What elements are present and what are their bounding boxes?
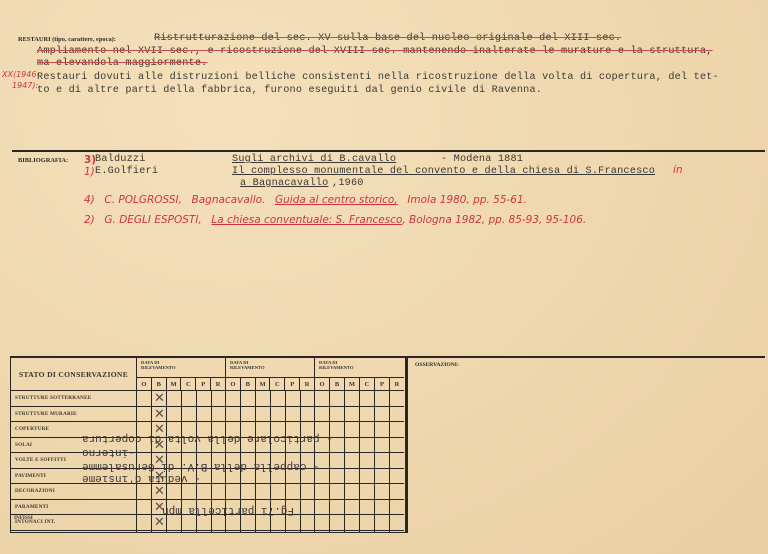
survey-group-3-label: DATA DIRILEVAMENTO	[319, 360, 354, 370]
bib-num-2: 1)	[84, 166, 95, 178]
row-label: DECORAZIONI	[15, 484, 55, 498]
row-label: STRUTTURE MURARIE	[15, 407, 77, 421]
table-row-infissi: INFISSI	[14, 515, 33, 521]
bib-hand-title-2: La chiesa conventuale: S. Francesco	[211, 214, 402, 226]
bleedthrough-text-2: -interno	[82, 446, 135, 458]
bib-hand-num-2: 2)	[84, 214, 95, 226]
bib-hand-entry-2: 2) G. DEGLI ESPOSTI, La chiesa conventua…	[84, 210, 586, 228]
bib-hand-author-2: G. DEGLI ESPOSTI,	[104, 214, 201, 226]
check-mark-icon: ✕	[154, 485, 165, 498]
bib-hand-title-1: Guida al centro storico,	[275, 194, 398, 206]
bib-hand-rest-2: , Bologna 1982, pp. 85-93, 95-106.	[402, 214, 586, 226]
check-mark-icon: ✕	[154, 516, 165, 529]
observations-divider	[406, 357, 408, 533]
bib-hand-num-1: 4)	[84, 194, 95, 206]
bib-year-2: ,1960	[332, 178, 364, 189]
bleedthrough-text-4: - veduta d'insieme	[82, 472, 201, 484]
bleedthrough-text-1: - particolare della volta di copertura	[82, 432, 333, 444]
restauri-struck-line-1: Ristrutturazione del sec. XV sulla base …	[154, 33, 621, 44]
row-label: VOLTE E SOFFITTI	[15, 453, 66, 467]
bib-hand-entry-1: 4) C. POLGROSSI, Bagnacavallo. Guida al …	[84, 190, 527, 208]
section-divider	[12, 150, 765, 152]
bib-hand-place-1: Bagnacavallo.	[192, 194, 266, 206]
row-label: COPERTURE	[15, 422, 49, 436]
table-row: DECORAZIONI✕	[11, 483, 404, 499]
restauri-label: RESTAURI (tipo, carattere, epoca):	[18, 36, 116, 43]
survey-group-2-label: DATA DIRILEVAMENTO	[230, 360, 265, 370]
row-label: PAVIMENTI	[15, 469, 46, 483]
bib-hand-author-1: C. POLGROSSI,	[104, 194, 182, 206]
bib-extra-1: - Modena 1881	[441, 154, 523, 165]
bleedthrough-text-5: Fg.71 particella mpn	[162, 504, 294, 516]
table-row	[11, 530, 404, 531]
bib-title-2: Il complesso monumentale del convento e …	[232, 166, 655, 177]
osservazioni-label: OSSERVAZIONI:	[415, 362, 459, 368]
row-label: STRUTTURE SOTTERRANEE	[15, 391, 91, 405]
restauri-margin-note-1: XX(1946-	[2, 70, 39, 79]
table-row: STRUTTURE SOTTERRANEE✕	[11, 390, 404, 406]
survey-group-1: DATA DIRILEVAMENTO O B M C P R	[137, 358, 226, 390]
table-row: STRUTTURE MURARIE✕	[11, 406, 404, 422]
bib-author-1: Balduzzi	[95, 154, 146, 165]
bib-title-2-cont: a Bagnacavallo	[240, 178, 328, 189]
restauri-line-1: Restauri dovuti alle distruzioni bellich…	[37, 72, 719, 83]
bib-hand-rest-1: Imola 1980, pp. 55-61.	[407, 194, 527, 206]
restauri-line-2: to e di altre parti della fabbrica, furo…	[37, 85, 542, 96]
check-mark-icon: ✕	[154, 408, 165, 421]
group-label-line2: RILEVAMENTO	[141, 365, 176, 370]
bleedthrough-text-3: - cappella della B.V. di Gerusalemme	[82, 460, 320, 472]
restauri-struck-line-2: Ampliamento nel XVII sec., e ricostruzio…	[37, 46, 713, 57]
conservation-title: STATO DI CONSERVAZIONE	[11, 358, 137, 390]
group-label-line2: RILEVAMENTO	[319, 365, 354, 370]
survey-group-3: DATA DIRILEVAMENTO O B M C P R	[315, 358, 404, 390]
restauri-struck-line-3: ma elevandola maggiormente.	[37, 58, 207, 69]
survey-group-1-label: DATA DIRILEVAMENTO	[141, 360, 176, 370]
bib-title-1: Sugli archivi di B.cavallo	[232, 154, 396, 165]
table-row: INTONACI INT.✕	[11, 514, 404, 530]
row-label: PARAMENTI	[15, 500, 48, 514]
survey-group-2: DATA DIRILEVAMENTO O B M C P R	[226, 358, 315, 390]
bib-author-2: E.Golfieri	[95, 166, 158, 177]
group-label-line2: RILEVAMENTO	[230, 365, 265, 370]
bib-title-2-in: in	[673, 164, 683, 176]
bibliografia-label: BIBLIOGRAFIA:	[18, 157, 68, 164]
check-mark-icon: ✕	[154, 392, 165, 405]
row-label: SOLAI	[15, 438, 32, 452]
restauri-margin-note-2: 1947):	[12, 81, 38, 90]
